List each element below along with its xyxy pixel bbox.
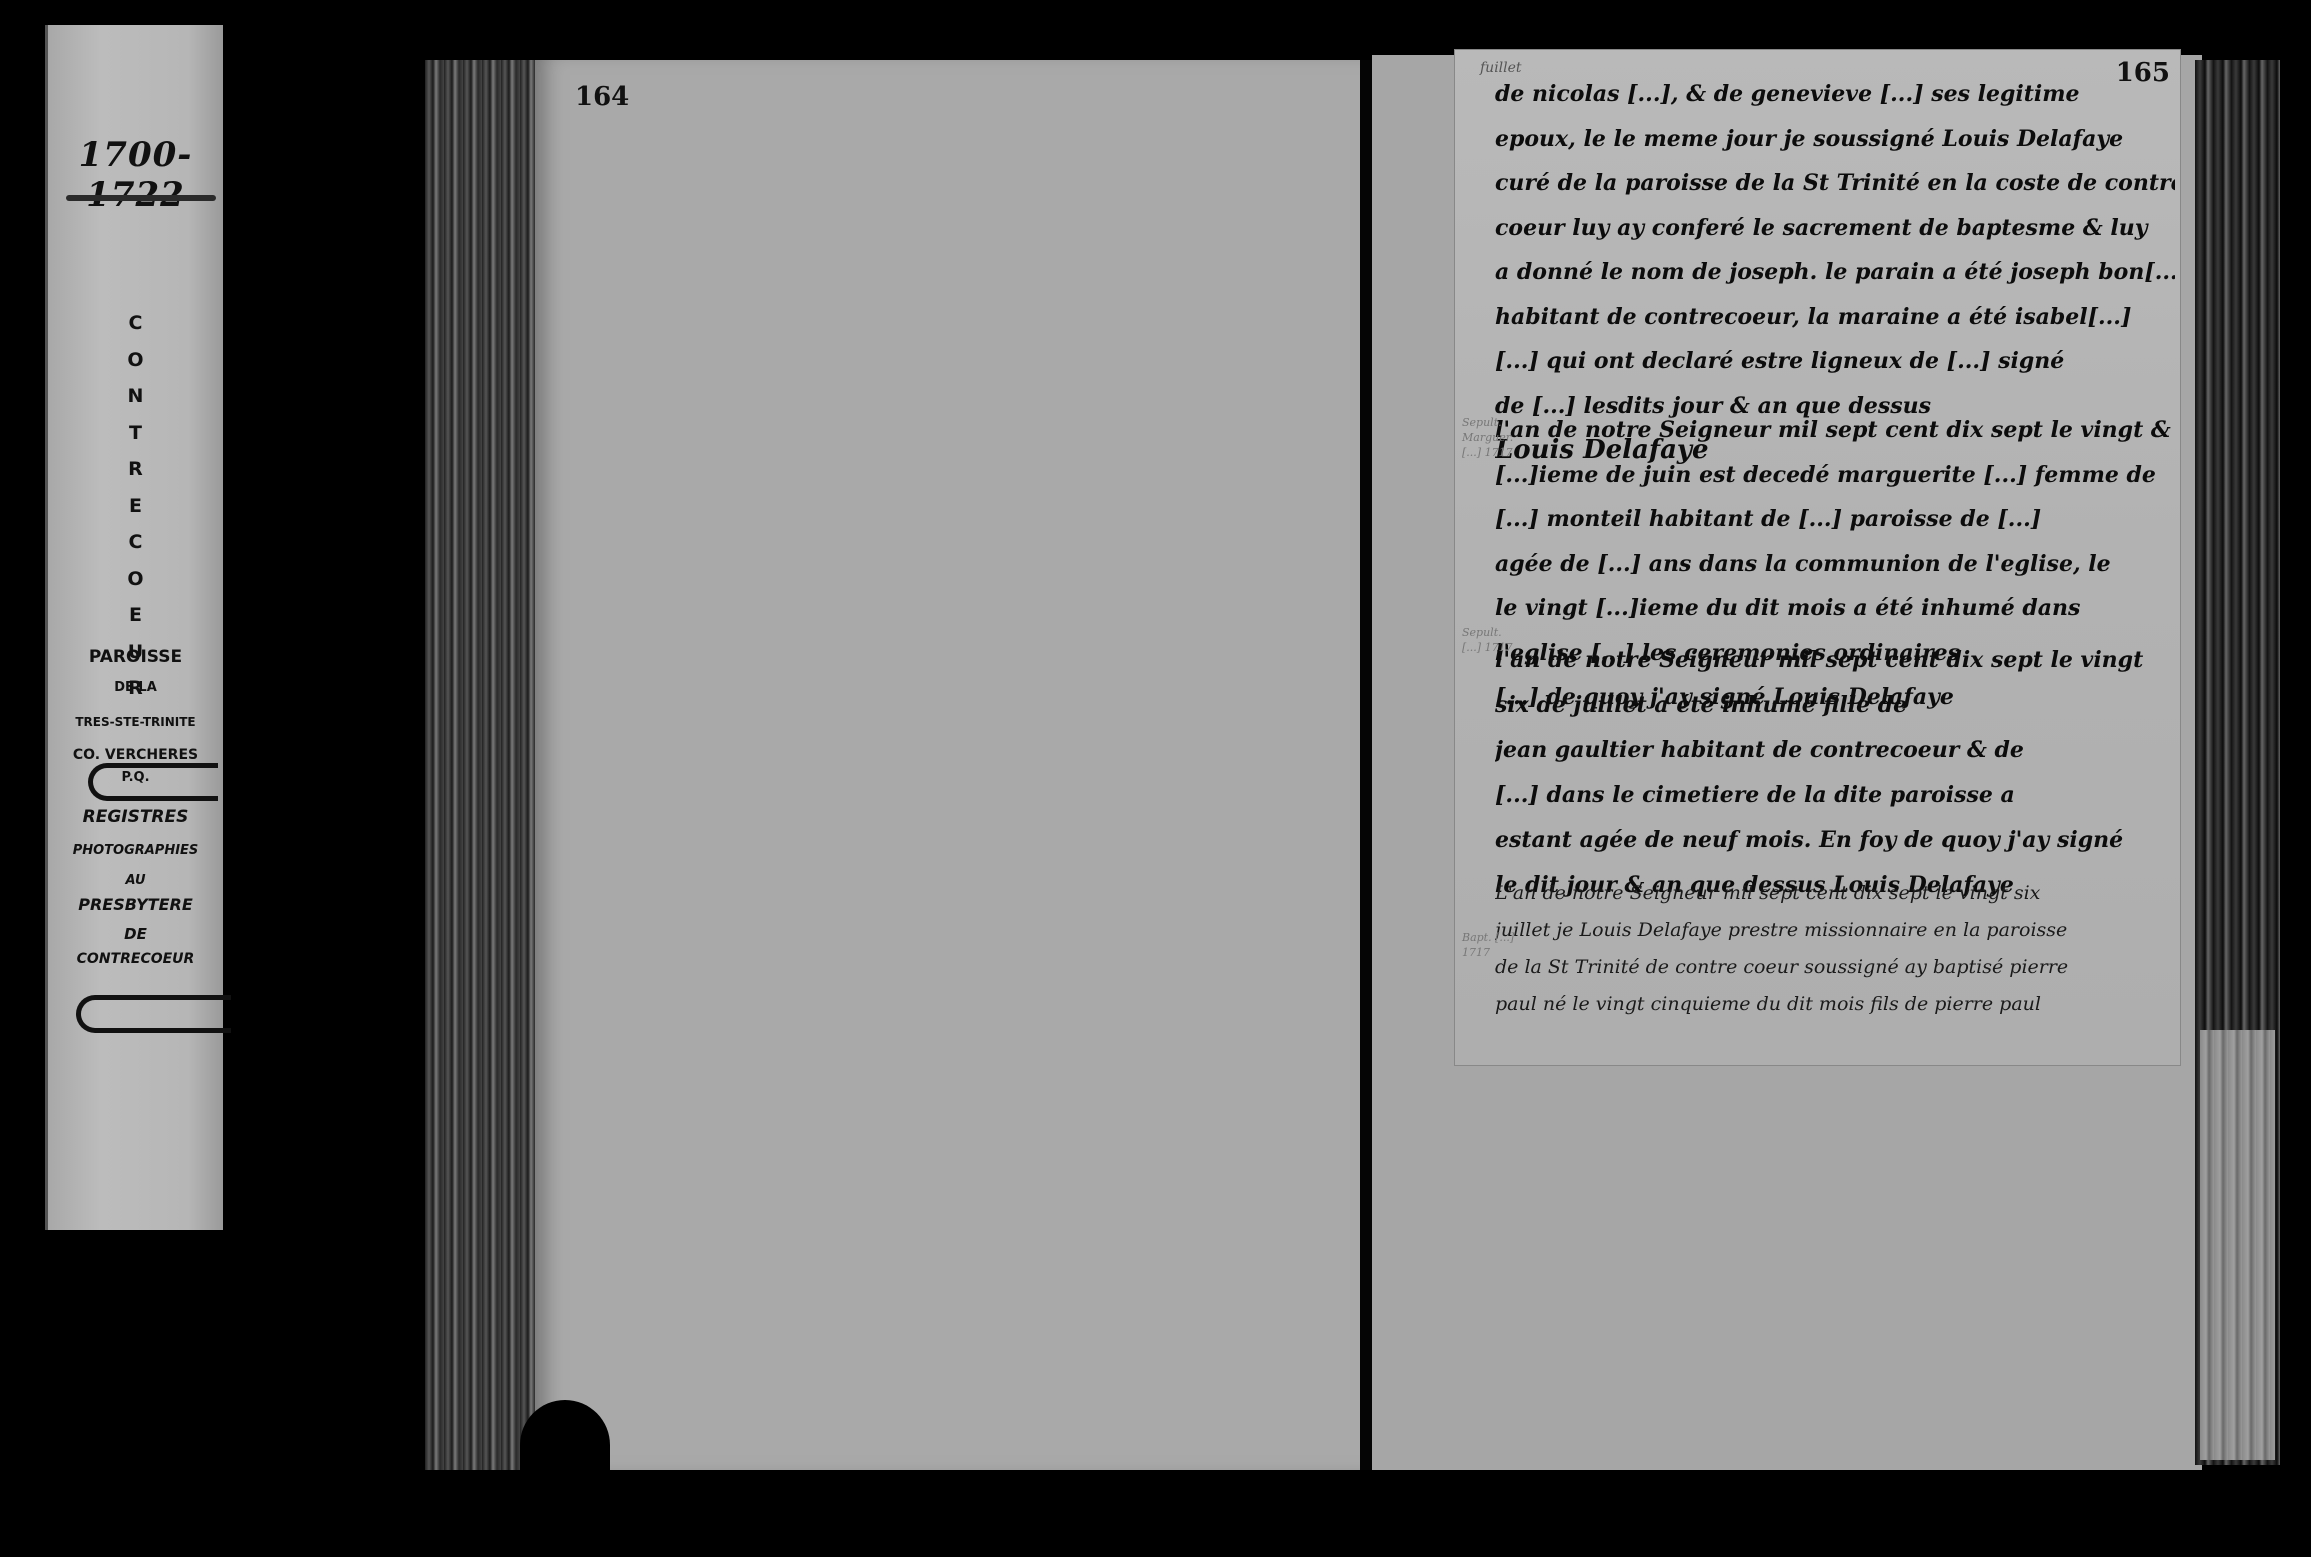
margin-note: Bapt. [...] 1717 [1462,930,1522,960]
handwritten-line: jean gaultier habitant de contrecoeur & … [1495,728,2175,773]
spine-year-range: 1700-1722 [48,135,223,215]
handwritten-line: curé de la paroisse de la St Trinité en … [1495,161,2175,206]
spine-letter: N [48,378,223,415]
spine-parish-label: CO. VERCHERES [48,747,223,763]
spine-parish-label: TRES-STE-TRINITE [48,715,223,729]
left-page: 164 [535,60,1360,1470]
handwritten-line: paul né le vingt cinquieme du dit mois f… [1495,986,2175,1023]
spine-register-label: PHOTOGRAPHIES [48,843,223,858]
handwritten-line: L'an de notre Seigneur mil sept cent dix… [1495,875,2175,912]
handwritten-line: epoux, le le meme jour je soussigné Loui… [1495,117,2175,162]
page-number-left: 164 [575,82,629,112]
handwritten-line: l'an de notre Seigneur mil sept cent dix… [1495,638,2175,683]
spine-underline [66,195,216,201]
handwritten-line: agée de [...] ans dans la communion de l… [1495,542,2175,587]
margin-note: Sepult. [...] 1717 [1462,625,1522,655]
left-page-edges [425,60,535,1470]
spine-register-label: REGISTRES [48,807,223,827]
register-entry-burial-child: l'an de notre Seigneur mil sept cent dix… [1495,638,2175,908]
handwritten-line: de nicolas [...], & de genevieve [...] s… [1495,72,2175,117]
handwritten-line: coeur luy ay conferé le sacrement de bap… [1495,206,2175,251]
handwritten-line: l'an de notre Seigneur mil sept cent dix… [1495,408,2175,453]
spine-letter: O [48,342,223,379]
spine-register-label: DE [48,925,223,943]
handwritten-line: six de juillet a été inhumé fille de [1495,683,2175,728]
right-page-edges-lower [2200,1030,2275,1460]
book-spine-label: 1700-1722 C O N T R E C O E U R PAROISSE… [45,25,223,1230]
handwritten-line: a donné le nom de joseph. le parain a ét… [1495,250,2175,295]
spine-register-label: AU [48,873,223,888]
handwritten-line: [...] monteil habitant de [...] paroisse… [1495,497,2175,542]
spine-letter: E [48,597,223,634]
spine-letter: T [48,415,223,452]
spine-parish-label: DE LA [48,680,223,695]
spine-parish-label: PAROISSE [48,647,223,667]
handwritten-line: juillet je Louis Delafaye prestre missio… [1495,912,2175,949]
spine-letter: E [48,488,223,525]
spine-letter: C [48,305,223,342]
spine-letter: O [48,561,223,598]
handwritten-line: [...] dans le cimetiere de la dite paroi… [1495,773,2175,818]
paper-clip-icon [76,995,231,1033]
book-bottom-shadow [400,1470,2300,1557]
handwritten-line: habitant de contrecoeur, la maraine a ét… [1495,295,2175,340]
register-entry-baptism-pierre-paul: L'an de notre Seigneur mil sept cent dix… [1495,875,2175,1023]
handwritten-line: estant agée de neuf mois. En foy de quoy… [1495,818,2175,863]
handwritten-line: le vingt [...]ieme du dit mois a été inh… [1495,586,2175,631]
handwritten-line: [...] qui ont declaré estre ligneux de [… [1495,339,2175,384]
handwritten-line: de la St Trinité de contre coeur soussig… [1495,949,2175,986]
margin-note: Sepult. Marguer. [...] 1717 [1462,415,1522,460]
book-gutter [1360,60,1372,1470]
spine-register-label: CONTRECOEUR [48,951,223,967]
spine-letter: C [48,524,223,561]
spine-province-label: P.Q. [48,770,223,785]
spine-register-label: PRESBYTERE [48,895,223,914]
handwritten-line: [...]ieme de juin est decedé marguerite … [1495,453,2175,498]
spine-letter: R [48,451,223,488]
